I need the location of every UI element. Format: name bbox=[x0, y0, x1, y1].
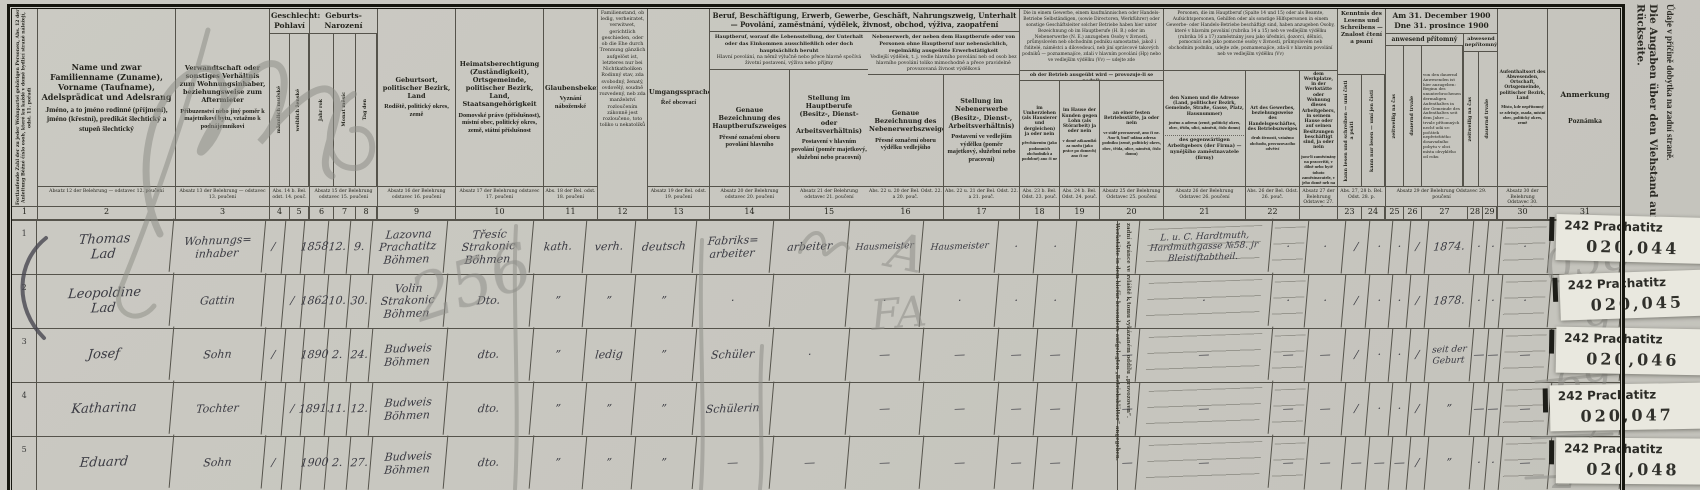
cell-trade-type: — bbox=[1268, 382, 1310, 436]
col-number: 12 bbox=[598, 206, 647, 219]
label-cz: přecházením (jako podomních obchodníků a… bbox=[1021, 140, 1058, 161]
cell-language: ” bbox=[631, 382, 696, 437]
col-group-sex: Geschlecht: Pohlaví männlich mužské weib… bbox=[270, 9, 310, 219]
cell-language: ” bbox=[631, 328, 696, 383]
cell-side-occupation: — bbox=[846, 382, 925, 438]
group-title: Beruf, Beschäftigung, Erwerb, Gewerbe, G… bbox=[710, 9, 1019, 32]
label-de: Name und zwar Familienname (Zuname), Vor… bbox=[39, 62, 174, 102]
cell-name: Eduard bbox=[35, 435, 174, 490]
archive-stamp: 242 Prachatitz020,044 bbox=[1555, 214, 1700, 264]
col-number: 11 bbox=[544, 206, 597, 219]
label-de: Genaue Bezeichnung des Hauptberufszweige… bbox=[711, 106, 788, 130]
subgroup-title: abwesend nepřítomný bbox=[1464, 34, 1498, 52]
cell-language: deutsch bbox=[631, 220, 696, 275]
note: Absatz 13 der Belehrung — odstavec 13. p… bbox=[176, 186, 269, 206]
cell-birthplace: Lazovna Prachatitz Böhmen bbox=[368, 220, 449, 276]
col-number: 24 bbox=[1362, 207, 1385, 219]
col-group-employer: Personen, die im Hauptberuf (Spalte 14 u… bbox=[1164, 9, 1338, 219]
cell-side-position: Hausmeister bbox=[920, 220, 999, 276]
cell-heimat: dto. bbox=[444, 435, 535, 490]
group-title: Kenntnis des Lesens und Schreibens — Zna… bbox=[1338, 9, 1385, 75]
cell-resident-since: ” bbox=[1424, 382, 1474, 437]
cell-name: Josef bbox=[35, 327, 174, 385]
label-cz: Postavení ve vedlejším výdělku (poměr ma… bbox=[945, 133, 1018, 164]
cell-religion: ” bbox=[530, 436, 587, 490]
col-group-literacy: Kenntnis des Lesens und Schreibens — Zna… bbox=[1338, 9, 1386, 219]
col-name: Name und zwar Familienname (Zuname), Vor… bbox=[38, 9, 176, 219]
note: Absatz 17 der Belehrung odstavec 17. pou… bbox=[456, 186, 543, 206]
label-de: Anmerkung bbox=[1549, 90, 1621, 99]
note: Absatz 21 der Belehrung odstavec 21. pou… bbox=[790, 186, 868, 206]
cell-employer: · bbox=[1135, 273, 1272, 331]
label-cz: Poznámka bbox=[1549, 116, 1621, 125]
cell-birthplace: Budweis Böhmen bbox=[368, 328, 449, 384]
label-de: den Namen und die Adresse (Land, politis… bbox=[1165, 96, 1244, 117]
note: Abs. 22 u. 21 der Bel. Odst. 22. a 21. p… bbox=[944, 186, 1019, 206]
cell-row-number: 5 bbox=[12, 437, 37, 490]
label-de: Aufenthaltsort des Abwesenden, Ortschaft… bbox=[1499, 70, 1546, 102]
label-cz: Jméno, a to jméno rodinné (příjmení), jm… bbox=[39, 105, 174, 133]
col-number: 18 bbox=[1020, 206, 1059, 219]
stamp-archive: 242 Prachatitz bbox=[1564, 218, 1700, 236]
col-language: UmgangsspracheŘeč obcovací Absatz 19 der… bbox=[648, 9, 710, 219]
cell-resident-since: 1878. bbox=[1424, 274, 1474, 329]
cell-at-workplace: — bbox=[1305, 382, 1347, 436]
col-trade-type: Art des Gewerbes, beziehungsweise des Ha… bbox=[1246, 71, 1300, 219]
subgroup-title: anwesend přítomný bbox=[1386, 34, 1463, 47]
col-number: 5 bbox=[290, 207, 309, 219]
cell-whereabouts: · bbox=[1499, 274, 1552, 329]
cell-itinerant: — bbox=[995, 382, 1039, 437]
subcol-since-year: von den dauernd Anwesenden ist hier anzu… bbox=[1422, 46, 1463, 186]
cell-at-workplace: · bbox=[1305, 274, 1347, 328]
cell-position: arbeiter bbox=[770, 220, 851, 276]
cell-itinerant: · bbox=[995, 274, 1039, 329]
cell-relationship: Wohnungs= inhaber bbox=[170, 219, 266, 275]
subcol-year: Jahr rok bbox=[310, 34, 334, 187]
col-number: 16 bbox=[868, 206, 943, 219]
col-number: 23 bbox=[1338, 207, 1362, 219]
col-number: 13 bbox=[648, 206, 709, 219]
label-de: Genaue Bezeichnung des Nebenerwerbszweig… bbox=[869, 109, 942, 133]
col-number: 28 bbox=[1468, 207, 1483, 219]
right-margin-note: Die Angaben über den Viehstand auf der R… bbox=[1634, 4, 1675, 244]
label-de: Stellung im Hauptberufe (Besitz-, Dienst… bbox=[791, 94, 867, 135]
col-group-presence: Am 31. December 1900 Dne 31. prosince 19… bbox=[1386, 9, 1498, 219]
cell-whereabouts: · bbox=[1499, 220, 1552, 275]
label-de: Art des Gewerbes, beziehungsweise des Ha… bbox=[1247, 106, 1298, 132]
col-number: 26 bbox=[1404, 207, 1422, 219]
cell-trade-type: — bbox=[1268, 328, 1310, 382]
col-main-occupation: Genaue Bezeichnung des Hauptberufszweige… bbox=[710, 70, 790, 219]
col-number: 3 bbox=[176, 206, 269, 219]
group-subtitle: ob der Betrieb ausgeübt wird — provozuje… bbox=[1020, 71, 1163, 81]
note: Absatz 19 der Bel. odst. 19. poučení bbox=[648, 186, 709, 206]
margin-label-de: Die Angaben über den Viehstand auf der R… bbox=[1634, 4, 1659, 244]
cell-relationship: Tochter bbox=[170, 381, 266, 437]
person-row: 4 Katharina Tochter ∕ 1891. 11. 12. Budw… bbox=[12, 383, 1622, 437]
subcol-month: Monat měsíc bbox=[334, 34, 356, 187]
stamp-number: 020,048 bbox=[1564, 459, 1700, 479]
rotated-header: Fortlaufende Zahl der zu jeder Wohnparte… bbox=[12, 9, 37, 206]
col-number: 30 bbox=[1498, 206, 1547, 219]
col-number: 19 bbox=[1060, 206, 1099, 219]
col-birthplace: Geburtsort, politischer Bezirk, LandRodi… bbox=[378, 9, 456, 219]
cell-employer: — bbox=[1135, 435, 1272, 490]
note: Absatz 12 der Belehrung — odstavec 12. p… bbox=[38, 186, 175, 206]
cell-status: ” bbox=[583, 274, 636, 329]
cell-row-number: 4 bbox=[12, 383, 37, 436]
group-title: Die in einem Gewerbe, einem kaufmännisch… bbox=[1020, 9, 1163, 71]
col-religion: GlaubensbekenntnisVyznání náboženské Abs… bbox=[544, 9, 598, 219]
cell-itinerant: — bbox=[995, 436, 1039, 490]
cell-occupation: Schülerin bbox=[692, 382, 775, 438]
subgroup-absent: abwesend nepřítomný zeitweilig na čas da… bbox=[1464, 34, 1498, 187]
col-fixed-premises: an einer festen Betriebsstätte, ja oder … bbox=[1100, 81, 1163, 219]
cell-name: Katharina bbox=[35, 381, 174, 439]
label-de: im Hause der Kunden gegen Lohn (als Stör… bbox=[1061, 108, 1098, 134]
cell-customers-home: — bbox=[1034, 328, 1078, 383]
cell-row-number: 1 bbox=[12, 221, 37, 274]
cell-status: ” bbox=[583, 382, 636, 437]
label-cz: v domě zákazníků za mzdu (jako práce po … bbox=[1061, 138, 1098, 159]
col-group-birth: Geburts- Narození Jahr rok Monat měsíc T… bbox=[310, 9, 378, 219]
scanned-census-sheet: Fortlaufende Zahl der zu jeder Wohnparte… bbox=[0, 0, 1700, 490]
label-de: ob sie auf dem Werkplatze, in der Werkst… bbox=[1301, 71, 1336, 151]
note: Absatz 15 der Belehrung odstavec 15. pou… bbox=[310, 186, 377, 206]
label-de: Verwandtschaft oder sonstiges Verhältnis… bbox=[177, 64, 268, 105]
stamp-archive: 242 Prachatitz bbox=[1558, 387, 1696, 403]
label-de: Glaubensbekenntnis bbox=[545, 84, 596, 92]
col-group-business: Die in einem Gewerbe, einem kaufmännisch… bbox=[1020, 9, 1164, 219]
note: Absatz 30 der Belehrung Odstavec 30. pou… bbox=[1498, 186, 1547, 206]
cell-whereabouts: — bbox=[1499, 436, 1552, 490]
subcol-read-write: kann lesen und schreiben — umí čísti a p… bbox=[1338, 75, 1362, 186]
cell-name: Thomas Lad bbox=[35, 219, 174, 277]
cell-heimat: Dto. bbox=[444, 273, 535, 329]
cell-customers-home: · bbox=[1034, 220, 1078, 275]
cell-birthplace: Volin Strakonic Böhmen bbox=[368, 274, 449, 330]
cell-position: · bbox=[770, 328, 851, 384]
cell-status: ledig bbox=[583, 328, 636, 383]
cell-employer: — bbox=[1135, 381, 1272, 439]
cell-side-position: — bbox=[920, 436, 999, 490]
col-marital-status: Familienstand, ob ledig, verheiratet, ve… bbox=[598, 9, 648, 219]
col-number: 20 bbox=[1100, 206, 1163, 219]
col-group-occupation: Beruf, Beschäftigung, Erwerb, Gewerbe, G… bbox=[710, 9, 1020, 219]
col-at-workplace: ob sie auf dem Werkplatze, in der Werkst… bbox=[1300, 71, 1337, 219]
cell-language: ” bbox=[631, 436, 696, 490]
note: Abs. 18 der Bel. odst. 18. poučení bbox=[544, 186, 597, 206]
subgroup-title: Hauptberuf, worauf die Lebensstellung, d… bbox=[710, 32, 868, 69]
cell-resident-since: ” bbox=[1424, 436, 1474, 490]
label-cz: zadní stránce ve zvláště k tomu vykázané… bbox=[1124, 223, 1131, 487]
note: Abs. 22 u. 20 der Bel. Odst. 22. a 20. p… bbox=[868, 186, 943, 206]
col-customers-home: im Hause der Kunden gegen Lohn (als Stör… bbox=[1060, 81, 1100, 219]
subgroup-hauptberuf: Hauptberuf, worauf die Lebensstellung, d… bbox=[710, 32, 868, 219]
cell-side-occupation: Hausmeister bbox=[846, 220, 925, 276]
label-cz: Domovské právo (příslušnost), místní obe… bbox=[457, 112, 542, 136]
col-number: 29 bbox=[1483, 207, 1497, 219]
label-cz: ve stálé provozovně, ano či ne. Ano-li, … bbox=[1101, 130, 1162, 156]
margin-label-cz: Údaje v příčině dobytka na zadní straně. bbox=[1664, 4, 1675, 244]
cell-relationship: Gattin bbox=[170, 273, 266, 329]
note: Absatz 20 der Belehrung odstavec 20. pou… bbox=[710, 186, 789, 206]
cell-trade-type: — bbox=[1268, 436, 1310, 490]
col-number: 9 bbox=[378, 206, 455, 219]
col-employer-address: den Namen und die Adresse (Land, politis… bbox=[1164, 71, 1246, 219]
cell-relationship: Sohn bbox=[170, 435, 266, 490]
cell-whereabouts: — bbox=[1499, 328, 1552, 383]
stamp-archive: 242 Prachatitz bbox=[1567, 274, 1700, 293]
col-number: 7 bbox=[334, 207, 356, 219]
cell-itinerant: — bbox=[995, 328, 1039, 383]
cell-religion: ” bbox=[530, 382, 587, 437]
cell-relationship: Sohn bbox=[170, 327, 266, 383]
cell-side-position: — bbox=[920, 382, 999, 438]
col-number: 22 bbox=[1246, 206, 1299, 219]
col-number: 15 bbox=[790, 206, 868, 219]
cell-trade-type: · bbox=[1268, 274, 1310, 328]
col-number: 2 bbox=[38, 206, 175, 219]
archive-stamp: 242 Prachatitz020,048 bbox=[1556, 437, 1700, 484]
subcol-female: weiblich ženské bbox=[290, 34, 309, 187]
cell-customers-home: — bbox=[1034, 436, 1078, 490]
cell-side-position: · bbox=[920, 274, 999, 330]
label-cz: Přesné označení oboru povolání hlavního bbox=[711, 134, 788, 150]
person-row: 1 Thomas Lad Wohnungs= inhaber ∕ 1858 12… bbox=[12, 221, 1622, 275]
subcol-permanently: dauernd trvale bbox=[1404, 46, 1422, 186]
subcol-male: männlich mužské bbox=[270, 34, 290, 187]
label-cz: Běžné číslo osob, které ku každé v domě … bbox=[22, 12, 33, 176]
person-row: 2 Leopoldine Lad Gattin ∕ 1862 10. 30. V… bbox=[12, 275, 1622, 329]
cell-birthplace: Budweis Böhmen bbox=[368, 382, 449, 438]
label-cz: jsou-li zaměstnány na pracovišti, v díln… bbox=[1301, 154, 1336, 186]
cell-occupation: — bbox=[692, 436, 775, 490]
note: Absatz 26 der Belehrung Odstavec 26. pou… bbox=[1164, 186, 1245, 206]
label-de: Umgangssprache bbox=[649, 88, 708, 96]
label-firma: des gegenwärtigen Arbeitgebers (der Firm… bbox=[1165, 135, 1244, 161]
col-number: 17 bbox=[944, 206, 1019, 219]
subcol-permanently: dauernd trvale bbox=[1479, 52, 1498, 187]
cell-side-occupation: · bbox=[846, 274, 925, 330]
cell-position: — bbox=[770, 436, 851, 490]
note: Abs. 26 der Bel. Odst. 26. pouč. bbox=[1246, 186, 1299, 206]
col-heimatrecht: Heimatsberechtigung (Zuständigkeit), Ort… bbox=[456, 9, 544, 219]
col-number: 6 bbox=[310, 207, 334, 219]
cell-birthplace: Budweis Böhmen bbox=[368, 436, 449, 490]
col-number: 1 bbox=[12, 206, 37, 219]
label-de: Familienstand, ob ledig, verheiratet, ve… bbox=[600, 11, 646, 72]
note: Absatz 25 der Belehrung Odstavec 25. pou… bbox=[1100, 186, 1163, 206]
group-title: Am 31. December 1900 Dne 31. prosince 19… bbox=[1386, 9, 1497, 34]
cell-employer: — bbox=[1135, 327, 1272, 385]
group-title: Geschlecht: Pohlaví bbox=[270, 9, 309, 34]
label-cz: druh živnosti, vztažmo obchodu, provozov… bbox=[1247, 135, 1298, 151]
subgroup-present: anwesend přítomný zeitweilig na čas daue… bbox=[1386, 34, 1464, 187]
cell-religion: ” bbox=[530, 328, 587, 383]
label-cz: Rodinný stav, zda svobodný, ženatý, ovdo… bbox=[599, 73, 645, 128]
cell-heimat: dto. bbox=[444, 381, 535, 437]
cell-customers-home: — bbox=[1034, 382, 1078, 437]
cell-occupation: Schüler bbox=[692, 328, 775, 384]
col-number bbox=[1300, 206, 1337, 219]
cell-resident-since: seit der Geburt bbox=[1424, 328, 1474, 383]
label-de: an einer festen Betriebsstätte, ja oder … bbox=[1101, 111, 1162, 127]
group-title: Geburts- Narození bbox=[310, 9, 377, 34]
subcol-temporarily: zeitweilig na čas bbox=[1464, 52, 1479, 187]
cell-heimat: dto. bbox=[444, 327, 535, 383]
note: Absatz 27 der Belehrung Odstavec 27. pou… bbox=[1300, 186, 1337, 206]
cell-position bbox=[770, 274, 851, 330]
col-side-occupation: Genaue Bezeichnung des Nebenerwerbszweig… bbox=[868, 75, 944, 219]
stamp-number: 020,047 bbox=[1558, 405, 1696, 426]
note: Absatz 16 der Belehrung odstavec 16. pou… bbox=[378, 186, 455, 206]
cell-row-number: 2 bbox=[12, 275, 37, 328]
col-number: 10 bbox=[456, 206, 543, 219]
col-number: 14 bbox=[710, 206, 789, 219]
cell-side-position: — bbox=[920, 328, 999, 384]
label-de: im Umherziehen (als Hausierer und dergle… bbox=[1021, 106, 1058, 138]
cell-language: ” bbox=[631, 274, 696, 329]
cell-at-workplace: — bbox=[1305, 436, 1347, 490]
cell-status: ” bbox=[583, 436, 636, 490]
subcol-read-only: kann nur lesen — umí jen čísti bbox=[1362, 75, 1385, 186]
col-relationship: Verwandtschaft oder sonstiges Verhältnis… bbox=[176, 9, 270, 219]
label-cz: Místo, kde nepřítomný se zdržuje, osada,… bbox=[1499, 104, 1546, 125]
col-number: 25 bbox=[1386, 207, 1404, 219]
col-whereabouts: Aufenthaltsort des Abwesenden, Ortschaft… bbox=[1498, 9, 1548, 219]
col-side-position: Stellung im Nebenerwerbe (Besitz-, Diens… bbox=[944, 75, 1019, 219]
note: Abs. 27, 28 b. Bel. Odst. 28. p. bbox=[1338, 186, 1385, 206]
cell-status: verh. bbox=[583, 220, 636, 275]
col-number: 4 bbox=[270, 207, 290, 219]
cell-at-workplace: · bbox=[1305, 220, 1347, 274]
person-row: 3 Josef Sohn ∕ 1890 2. 24. Budweis Böhme… bbox=[12, 329, 1622, 383]
subcol-day: Tag den bbox=[356, 34, 377, 187]
note: Abs. 23 b. Bel. Odst. 23. pouč. bbox=[1020, 186, 1059, 206]
cell-itinerant: · bbox=[995, 220, 1039, 275]
stamp-archive: 242 Prachatitz bbox=[1564, 331, 1700, 347]
cell-occupation: Fabriks= arbeiter bbox=[692, 220, 775, 276]
subgroup-nebenerwerb: Nebenerwerb, der neben dem Hauptberufe o… bbox=[868, 32, 1019, 219]
label-de: Geburtsort, politischer Bezirk, Land bbox=[379, 76, 454, 100]
label-cz: Rodiště, politický okres, země bbox=[379, 103, 454, 119]
label-cz: Postavení v hlavním povolání (poměr maje… bbox=[791, 138, 867, 162]
cell-customers-home: · bbox=[1034, 274, 1078, 329]
col-number: 8 bbox=[356, 207, 377, 219]
note: Absatz 29 der Belehrung Odstavec 29. pou… bbox=[1386, 186, 1497, 206]
col-number: 27 bbox=[1422, 207, 1468, 219]
cell-side-occupation: — bbox=[846, 328, 925, 384]
subgroup-title: Nebenerwerb, der neben dem Hauptberufe o… bbox=[868, 32, 1019, 75]
stamp-number: 020,044 bbox=[1564, 236, 1700, 259]
label-cz: Příbuzenství nebo jiný poměr k majetníko… bbox=[177, 108, 268, 132]
col-running-number: Fortlaufende Zahl der zu jeder Wohnparte… bbox=[12, 9, 38, 219]
cell-resident-since: 1874. bbox=[1424, 220, 1474, 275]
cell-employer: L. u. C. Hardtmuth, Hardmuthgasse №58. j… bbox=[1135, 219, 1272, 277]
cell-row-number: 3 bbox=[12, 329, 37, 382]
label-cz: Řeč obcovací bbox=[649, 99, 708, 107]
label-cz: Přesné označení oboru výdělku vedlejšího bbox=[869, 137, 942, 153]
stamp-archive: 242 Prachatitz bbox=[1564, 441, 1700, 456]
archive-stamp: 242 Prachatitz020,046 bbox=[1556, 327, 1700, 376]
cell-at-workplace: — bbox=[1305, 328, 1347, 382]
group-title: Personen, die im Hauptberuf (Spalte 14 u… bbox=[1164, 9, 1337, 71]
label-de: Stellung im Nebenerwerbe (Besitz-, Diens… bbox=[945, 97, 1018, 130]
archive-stamp: 242 Prachatitz020,045 bbox=[1559, 269, 1700, 320]
note: Abs. 24 b. Bel. Odst. 24. pouč. bbox=[1060, 186, 1099, 206]
label-cz: jméno a adresu (země, politický okres, o… bbox=[1165, 120, 1244, 131]
cell-trade-type: · bbox=[1268, 220, 1310, 274]
col-remark: AnmerkungPoznámka 31 bbox=[1548, 9, 1622, 219]
census-table: Fortlaufende Zahl der zu jeder Wohnparte… bbox=[12, 9, 1622, 490]
label-de: Heimatsberechtigung (Zuständigkeit), Ort… bbox=[457, 60, 542, 109]
cell-religion: ” bbox=[530, 274, 587, 329]
table-header: Fortlaufende Zahl der zu jeder Wohnparte… bbox=[12, 9, 1622, 221]
label-de: Werkstätte in dem hiefür besonders aufge… bbox=[1113, 223, 1120, 487]
stamp-number: 020,046 bbox=[1564, 349, 1700, 370]
archive-stamp: 242 Prachatitz020,047 bbox=[1550, 383, 1700, 432]
stamp-number: 020,045 bbox=[1568, 292, 1700, 316]
label-cz: Vyznání náboženské bbox=[545, 95, 596, 111]
col-main-position: Stellung im Hauptberufe (Besitz-, Dienst… bbox=[790, 70, 868, 219]
cell-occupation: · bbox=[692, 274, 775, 330]
subcol-temporarily: zeitweilig na čas bbox=[1386, 46, 1404, 186]
cell-position bbox=[770, 382, 851, 438]
col-itinerant: im Umherziehen (als Hausierer und dergle… bbox=[1020, 81, 1060, 219]
cell-name: Leopoldine Lad bbox=[35, 273, 174, 331]
premises-vertical-note: Werkstätte in dem hiefür besonders aufge… bbox=[1100, 219, 1144, 487]
person-row: 5 Eduard Sohn ∕ 1900 2. 27. Budweis Böhm… bbox=[12, 437, 1622, 490]
col-number: 21 bbox=[1164, 206, 1245, 219]
note: Abs. 14 b. Bel. odst. 14. pouč. bbox=[270, 186, 309, 206]
cell-side-occupation: — bbox=[846, 436, 925, 490]
cell-religion: kath. bbox=[530, 220, 587, 275]
cell-heimat: Třesíc Strakonic Böhmen bbox=[444, 219, 535, 275]
